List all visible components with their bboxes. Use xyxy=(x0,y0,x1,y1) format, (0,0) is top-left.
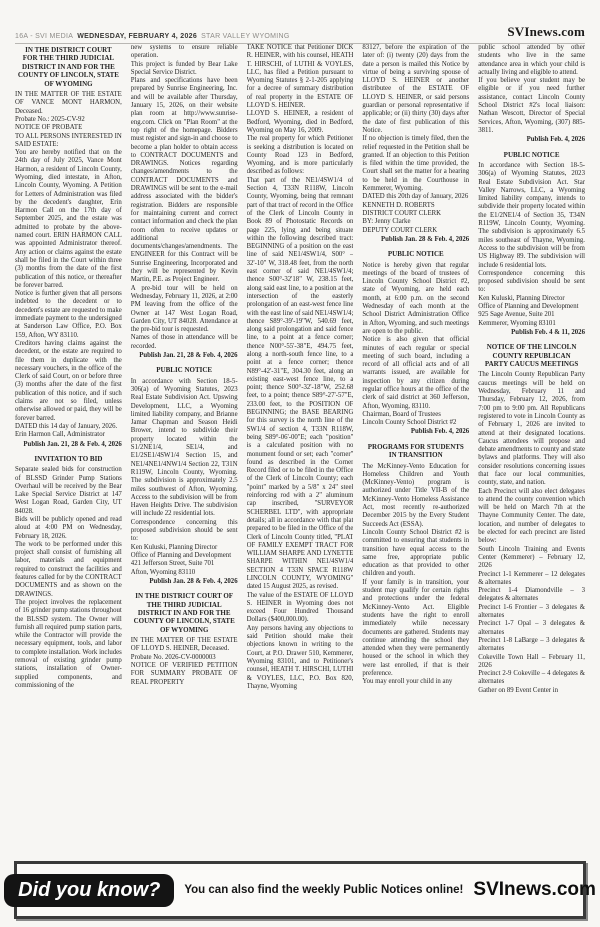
notice-paragraph: Ken Kuluski, Planning Director xyxy=(478,295,585,303)
notice-paragraph: new systems to ensure reliable operation… xyxy=(131,44,238,61)
publish-line: Publish Feb. 4, 2026 xyxy=(362,428,469,436)
notice-paragraph: Chairman, Board of Trustees xyxy=(362,411,469,419)
notice-paragraph: 83127, before the expiration of the late… xyxy=(362,44,469,135)
notice-paragraph: If no objection is timely filed, then th… xyxy=(362,135,469,193)
notice-paragraph: DEPUTY COURT CLERK xyxy=(362,227,469,235)
notice-paragraph: South Lincoln Training and Events Center… xyxy=(478,546,585,571)
notice-column-5: public school attended by other students… xyxy=(478,44,585,856)
notice-paragraph: public school attended by other students… xyxy=(478,44,585,77)
notice-paragraph: Office of Planning and Development xyxy=(478,303,585,311)
notice-heading: PROGRAMS FOR STUDENTS IN TRANSITION xyxy=(364,443,467,460)
notice-paragraph: The value of the ESTATE OF LLOYD S. HEIN… xyxy=(247,592,354,625)
notice-column-1: IN THE DISTRICT COURT FOR THE THIRD JUDI… xyxy=(15,44,122,856)
header-date: WEDNESDAY, FEBRUARY 4, 2026 xyxy=(77,33,197,40)
notice-paragraph: Precinct 1-8 LaBarge – 3 delegates & alt… xyxy=(478,637,585,654)
public-notices-columns: IN THE DISTRICT COURT FOR THE THIRD JUDI… xyxy=(15,44,585,856)
notice-paragraph: In accordance with Section 18-5-306(a) o… xyxy=(478,162,585,270)
page-header: 16A - SVI MEDIA WEDNESDAY, FEBRUARY 4, 2… xyxy=(15,24,585,44)
notice-paragraph: Cokeville Town Hall – February 11, 2026 xyxy=(478,654,585,671)
footer-message: You can also find the weekly Public Noti… xyxy=(184,884,463,896)
notice-heading: NOTICE OF THE LINCOLN COUNTY REPUBLICAN … xyxy=(480,343,583,368)
notice-paragraph: NOTICE OF PROBATE xyxy=(15,124,122,132)
notice-paragraph: Plans and specifications have been prepa… xyxy=(131,77,238,284)
notice-paragraph: Probate No. 2026-CV-0000003 xyxy=(131,654,238,662)
notice-paragraph: In accordance with Section 18-5-306(a) o… xyxy=(131,378,238,519)
notice-column-2: new systems to ensure reliable operation… xyxy=(131,44,238,856)
header-site-name: SVInews.com xyxy=(507,24,585,40)
notice-paragraph: If you believe your student may be eligi… xyxy=(478,77,585,135)
notice-heading: PUBLIC NOTICE xyxy=(133,366,236,374)
notice-paragraph: Precinct 2-9 Cokeville – 4 delegates & a… xyxy=(478,670,585,687)
publish-line: Publish Jan. 28 & Feb. 4, 2026 xyxy=(362,236,469,244)
notice-paragraph: A pre-bid tour will be held on Wednesday… xyxy=(131,285,238,335)
notice-paragraph: Gather on 89 Event Center in xyxy=(478,687,585,695)
notice-paragraph: Notice is also given that official minut… xyxy=(362,336,469,411)
notice-paragraph: Erin Harmon Call, Administrator xyxy=(15,431,122,439)
notice-paragraph: The Lincoln County Republican Party cauc… xyxy=(478,371,585,487)
notice-paragraph: 925 Sage Avenue, Suite 201 xyxy=(478,311,585,319)
notice-paragraph: Notice is further given that all persons… xyxy=(15,290,122,340)
publish-line: Publish Feb. 4 & 11, 2026 xyxy=(478,329,585,337)
publish-line: Publish Feb. 4, 2026 xyxy=(478,136,585,144)
notice-column-3: TAKE NOTICE that Petitioner DICK R. HEIN… xyxy=(247,44,354,856)
notice-paragraph: This project is funded by Bear Lake Spec… xyxy=(131,61,238,78)
notice-paragraph: Correspondence concerning this proposed … xyxy=(131,519,238,544)
notice-paragraph: DATED this 20th day of January, 2026 xyxy=(362,193,469,201)
notice-paragraph: TO ALL PERSONS INTERESTED IN SAID ESTATE… xyxy=(15,133,122,150)
notice-heading: PUBLIC NOTICE xyxy=(364,250,467,258)
notice-paragraph: TAKE NOTICE that Petitioner DICK R. HEIN… xyxy=(247,44,354,110)
notice-column-4: 83127, before the expiration of the late… xyxy=(362,44,469,856)
notice-heading: IN THE DISTRICT COURT OF THE THIRD JUDIC… xyxy=(133,592,236,634)
notice-paragraph: Lincoln County School District #2 is com… xyxy=(362,529,469,579)
publish-line: Publish Jan. 28 & Feb. 4, 2026 xyxy=(131,578,238,586)
notice-paragraph: NOTICE OF VERIFIED PETITION FOR SUMMARY … xyxy=(131,662,238,687)
notice-heading: IN THE DISTRICT COURT FOR THE THIRD JUDI… xyxy=(17,46,120,88)
notice-paragraph: IN THE MATTER OF THE ESTATE OF VANCE MON… xyxy=(15,91,122,116)
notice-paragraph: Precinct 1-4 Diamondville – 3 delegates … xyxy=(478,587,585,604)
notice-heading: INVITATION TO BID xyxy=(17,455,120,463)
notice-paragraph: DISTRICT COURT CLERK xyxy=(362,210,469,218)
notice-paragraph: If your family is in transition, your st… xyxy=(362,579,469,679)
notice-paragraph: Kemmerer, Wyoming 83101 xyxy=(478,320,585,328)
notice-paragraph: Each Precinct will also elect delegates … xyxy=(478,488,585,546)
notice-heading: PUBLIC NOTICE xyxy=(480,151,583,159)
notice-paragraph: The real property for which Petitioner i… xyxy=(247,135,354,176)
page-number-label: 16A - SVI MEDIA xyxy=(15,33,73,40)
publish-line: Publish Jan. 21, 28 & Feb. 4, 2026 xyxy=(131,352,238,360)
notice-paragraph: Correspondence concerning this proposed … xyxy=(478,270,585,295)
notice-paragraph: 421 Jefferson Street, Suite 701 xyxy=(131,560,238,568)
notice-paragraph: Precinct 1-6 Frontier – 3 delegates & al… xyxy=(478,604,585,621)
notice-paragraph: Notice is hereby given that regular meet… xyxy=(362,262,469,337)
notice-paragraph: Any persons having any objections to sai… xyxy=(247,625,354,691)
notice-paragraph: The work to be performed under this proj… xyxy=(15,541,122,599)
notice-paragraph: Precinct 1-1 Kemmerer – 12 delegates & a… xyxy=(478,571,585,588)
did-you-know-banner: Did you know? You can also find the week… xyxy=(14,861,586,919)
notice-paragraph: DATED this 14 day of January, 2026. xyxy=(15,423,122,431)
publish-line: Publish Jan. 21, 28 & Feb. 4, 2026 xyxy=(15,441,122,449)
header-location: STAR VALLEY WYOMING xyxy=(201,33,290,40)
notice-paragraph: Lincoln County School District #2 xyxy=(362,419,469,427)
notice-paragraph: Office of Planning and Development xyxy=(131,552,238,560)
notice-paragraph: BY: Jenny Clarke xyxy=(362,218,469,226)
did-you-know-label: Did you know? xyxy=(4,874,174,907)
notice-paragraph: IN THE MATTER OF THE ESTATE OF LLOYD S. … xyxy=(131,637,238,654)
notice-paragraph: KENNETH D. ROBERTS xyxy=(362,202,469,210)
notice-paragraph: Bids will be publicly opened and read al… xyxy=(15,516,122,541)
notice-paragraph: You may enroll your child in any xyxy=(362,678,469,686)
notice-paragraph: That part of the NE1/4SW1/4 of Section 4… xyxy=(247,177,354,592)
notice-paragraph: Precinct 1-7 Opal – 3 delegates & altern… xyxy=(478,620,585,637)
footer-site-name: SVInews.com xyxy=(473,879,596,901)
notice-paragraph: The project involves the replacement of … xyxy=(15,599,122,690)
header-edition-info: 16A - SVI MEDIA WEDNESDAY, FEBRUARY 4, 2… xyxy=(15,33,290,40)
notice-paragraph: Probate No.: 2025-CV-92 xyxy=(15,116,122,124)
notice-paragraph: Afton, Wyoming 83110 xyxy=(131,569,238,577)
notice-paragraph: Ken Kuluski, Planning Director xyxy=(131,544,238,552)
notice-paragraph: The McKinney-Vento Education for Homeles… xyxy=(362,463,469,529)
notice-paragraph: Separate sealed bids for construction of… xyxy=(15,466,122,516)
notice-paragraph: Creditors having claims against the dece… xyxy=(15,340,122,423)
notice-paragraph: You are hereby notified that on the 24th… xyxy=(15,149,122,290)
notice-paragraph: Names of those in attendance will be rec… xyxy=(131,334,238,351)
notice-paragraph: LLOYD S. HEINER, a resident of Bedford, … xyxy=(247,110,354,135)
